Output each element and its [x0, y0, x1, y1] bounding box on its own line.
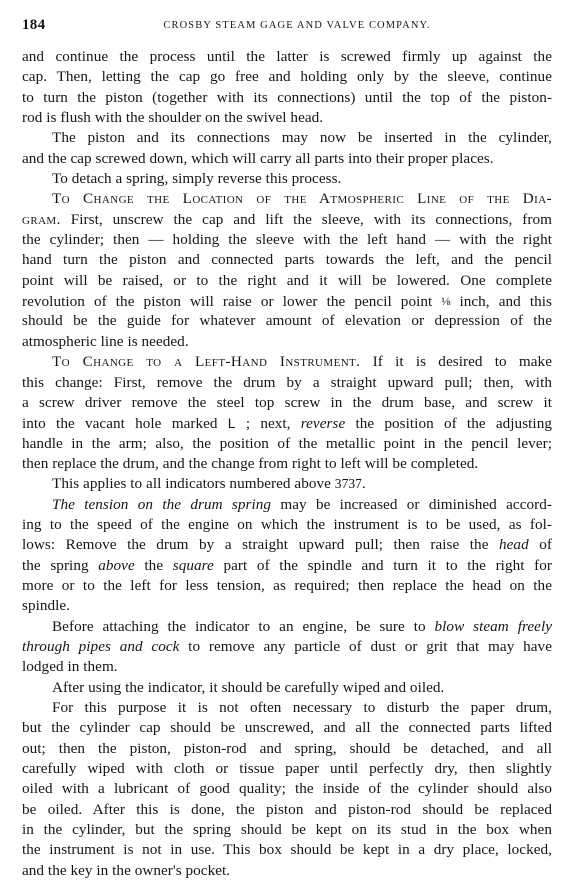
text-span: First, unscrew the cap and lift the slee…	[61, 211, 552, 228]
text-span: part of the spindle and turn it to the r…	[214, 557, 552, 574]
text-line: hand turn the piston and connected parts…	[22, 250, 552, 270]
text-line: and the key in the owner's pocket.	[22, 861, 552, 881]
italic-span: above	[98, 557, 135, 574]
text-span: the position of the adjusting	[345, 415, 552, 432]
text-line: into the vacant hole marked L ; next, re…	[22, 413, 552, 433]
text-span: may be increased or diminished accord-	[271, 496, 552, 513]
text-line: oiled with a lubricant of good quality; …	[22, 779, 552, 799]
indicator-number: 3737	[335, 476, 362, 491]
text-span: to remove any particle of dust or grit t…	[179, 638, 552, 655]
text-line: then replace the drum, and the change fr…	[22, 454, 552, 474]
text-span: of	[529, 536, 552, 553]
section-heading: To Change the Location of the Atmospheri…	[52, 190, 552, 207]
body-text: and continue the process until the latte…	[22, 47, 552, 881]
text-line: in the cylinder, but the spring should b…	[22, 820, 552, 840]
section-heading: To Change to a Left-Hand Instrument.	[52, 353, 360, 370]
text-line: To Change the Location of the Atmospheri…	[22, 189, 552, 209]
text-line: handle in the arm; also, the position of…	[22, 434, 552, 454]
text-span: If it is desired to make	[360, 353, 552, 370]
text-line: but the cylinder cap should be unscrewed…	[22, 718, 552, 738]
text-line: To Change to a Left-Hand Instrument. If …	[22, 352, 552, 372]
running-head: 184 CROSBY STEAM GAGE AND VALVE COMPANY.	[22, 17, 552, 35]
italic-span: head	[499, 536, 529, 553]
text-line: lows: Remove the drum by a straight upwa…	[22, 535, 552, 555]
text-line: be oiled. After this is done, the piston…	[22, 800, 552, 820]
section-heading: gram.	[22, 211, 61, 228]
text-line: to turn the piston (together with its co…	[22, 88, 552, 108]
text-line: After using the indicator, it should be …	[22, 678, 552, 698]
text-line: and the cap screwed down, which will car…	[22, 149, 552, 169]
text-line: through pipes and cock to remove any par…	[22, 637, 552, 657]
text-span: This applies to all indicators numbered …	[52, 475, 335, 492]
book-page: 184 CROSBY STEAM GAGE AND VALVE COMPANY.…	[0, 0, 574, 893]
text-span: .	[362, 475, 366, 492]
text-span: Before attaching the indicator to an eng…	[52, 618, 435, 635]
text-span: the	[135, 557, 173, 574]
text-span: ; next,	[236, 415, 301, 432]
text-span: revolution of the piston will raise or l…	[22, 293, 441, 310]
text-line: spindle.	[22, 596, 552, 616]
italic-span: square	[173, 557, 214, 574]
text-line: For this purpose it is not often necessa…	[22, 698, 552, 718]
text-line: this change: First, remove the drum by a…	[22, 373, 552, 393]
text-line: gram. First, unscrew the cap and lift th…	[22, 210, 552, 230]
text-line: point will be raised, or to the right an…	[22, 271, 552, 291]
text-line: To detach a spring, simply reverse this …	[22, 169, 552, 189]
text-line: The tension on the drum spring may be in…	[22, 495, 552, 515]
hole-mark-l: L	[228, 415, 236, 431]
running-title: CROSBY STEAM GAGE AND VALVE COMPANY.	[22, 20, 552, 31]
text-line: the spring above the square part of the …	[22, 556, 552, 576]
text-line: Before attaching the indicator to an eng…	[22, 617, 552, 637]
text-line: out; then the piston, piston-rod and spr…	[22, 739, 552, 759]
text-line: and continue the process until the latte…	[22, 47, 552, 67]
text-line: revolution of the piston will raise or l…	[22, 291, 552, 311]
text-line: carefully wiped with cloth or tissue pap…	[22, 759, 552, 779]
text-line: atmospheric line is needed.	[22, 332, 552, 352]
text-span: inch, and this	[450, 293, 552, 310]
text-line: lodged in them.	[22, 657, 552, 677]
text-line: The piston and its connections may now b…	[22, 128, 552, 148]
italic-span: blow steam freely	[435, 618, 553, 635]
italic-span: reverse	[301, 415, 345, 432]
italic-span: The tension on the drum spring	[52, 496, 271, 513]
text-span: lows: Remove the drum by a straight upwa…	[22, 536, 499, 553]
text-line: This applies to all indicators numbered …	[22, 474, 552, 494]
text-line: rod is flush with the shoulder on the sw…	[22, 108, 552, 128]
text-span: into the vacant hole marked	[22, 415, 228, 432]
text-line: ing to the speed of the engine on which …	[22, 515, 552, 535]
italic-span: through pipes and cock	[22, 638, 179, 655]
text-line: cap. Then, letting the cap go free and h…	[22, 67, 552, 87]
text-line: the cylinder; then — holding the sleeve …	[22, 230, 552, 250]
text-line: should be the guide for whatever amount …	[22, 311, 552, 331]
text-line: the instrument is not in use. This box s…	[22, 840, 552, 860]
text-line: a screw driver remove the steel top scre…	[22, 393, 552, 413]
text-line: more or to the left for less tension, as…	[22, 576, 552, 596]
text-span: the spring	[22, 557, 98, 574]
